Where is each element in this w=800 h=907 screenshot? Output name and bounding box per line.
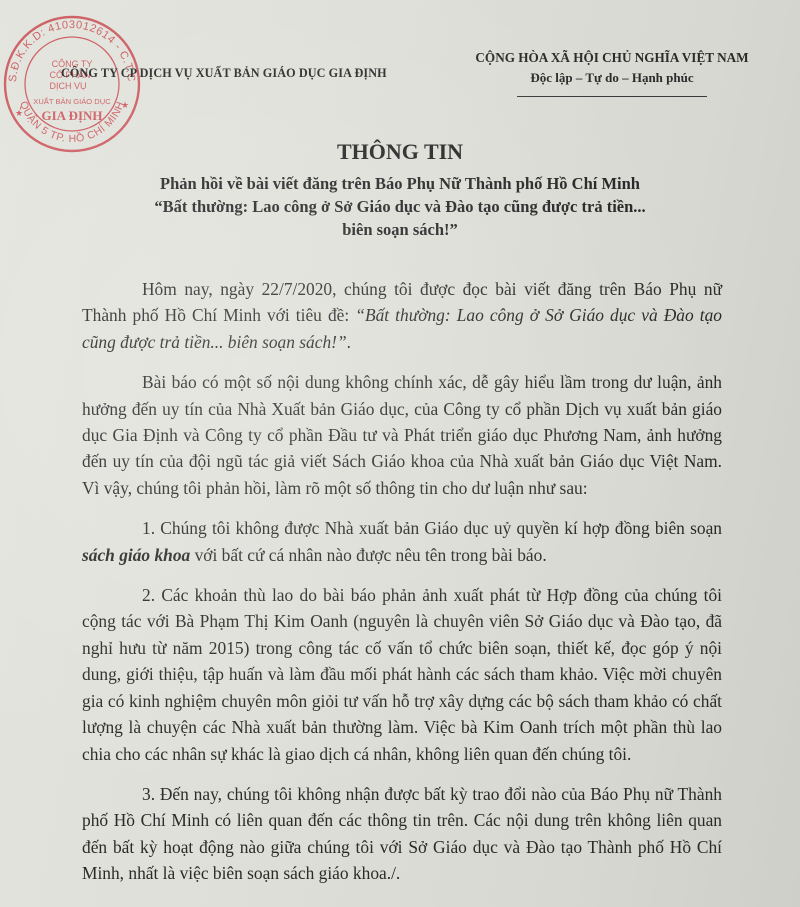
company-stamp: S.Đ.K.K.D: 4103012614 - C.T.C QUẬN 5 TP.… — [2, 14, 142, 154]
document-body: Hôm nay, ngày 22/7/2020, chúng tôi được … — [82, 276, 722, 887]
paragraph-point-2: 2. Các khoản thù lao do bài báo phản ảnh… — [82, 582, 722, 767]
document-title: THÔNG TIN — [0, 139, 800, 165]
stamp-line-4: XUẤT BẢN GIÁO DỤC — [33, 96, 111, 106]
paragraph-point-1: 1. Chúng tôi không được Nhà xuất bản Giá… — [82, 515, 722, 568]
subtitle-line-1: Phản hồi về bài viết đăng trên Báo Phụ N… — [100, 172, 700, 195]
organization-name: CÔNG TY CP DỊCH VỤ XUẤT BẢN GIÁO DỤC GIA… — [61, 66, 387, 81]
document-subtitle: Phản hồi về bài viết đăng trên Báo Phụ N… — [100, 172, 700, 241]
subtitle-line-3: biên soạn sách!” — [100, 218, 700, 241]
paragraph-point-3: 3. Đến nay, chúng tôi không nhận được bấ… — [82, 781, 722, 887]
point-1-end: với bất cứ cá nhân nào được nêu tên tron… — [190, 545, 546, 565]
paragraph-intro: Hôm nay, ngày 22/7/2020, chúng tôi được … — [82, 276, 722, 355]
nation-title: CỘNG HÒA XÃ HỘI CHỦ NGHĨA VIỆT NAM — [462, 50, 762, 66]
subtitle-line-2: “Bất thường: Lao công ở Sở Giáo dục và Đ… — [100, 195, 700, 218]
intro-end: . — [347, 332, 351, 352]
motto-underline — [517, 96, 707, 97]
point-1-emphasis: sách giáo khoa — [82, 545, 190, 565]
stamp-line-3: DỊCH VỤ — [49, 81, 86, 91]
stamp-star-right-icon: ★ — [121, 100, 129, 110]
stamp-star-left-icon: ★ — [15, 108, 23, 118]
national-header: CỘNG HÒA XÃ HỘI CHỦ NGHĨA VIỆT NAM Độc l… — [462, 50, 762, 97]
point-1-start: 1. Chúng tôi không được Nhà xuất bản Giá… — [142, 518, 722, 538]
document-page: S.Đ.K.K.D: 4103012614 - C.T.C QUẬN 5 TP.… — [0, 0, 800, 907]
national-motto: Độc lập – Tự do – Hạnh phúc — [462, 70, 762, 86]
paragraph-context: Bài báo có một số nội dung không chính x… — [82, 369, 722, 501]
stamp-line-5: GIA ĐỊNH — [41, 108, 102, 123]
stamp-seal-icon: S.Đ.K.K.D: 4103012614 - C.T.C QUẬN 5 TP.… — [2, 14, 142, 154]
